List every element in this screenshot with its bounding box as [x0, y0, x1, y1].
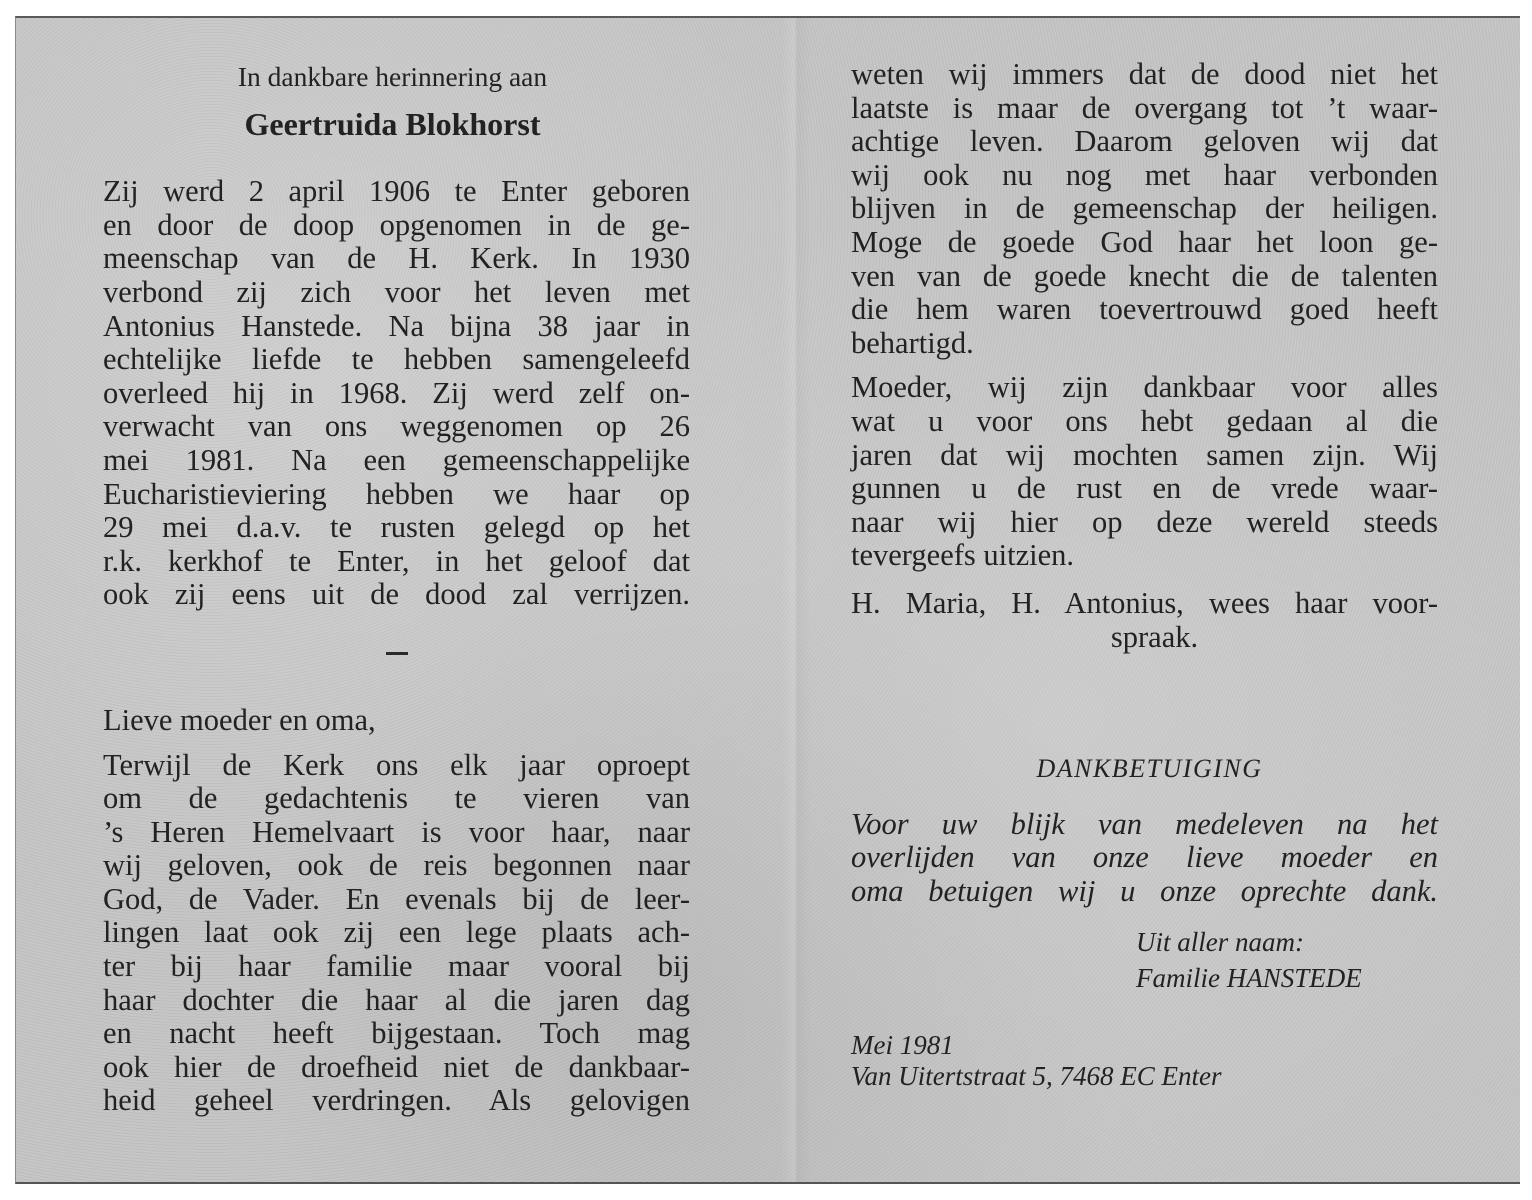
letter-salutation: Lieve moeder en oma, — [103, 704, 690, 738]
prayer-line: H. Maria, H. Antonius, wees haar voor- — [851, 587, 1438, 621]
biography-line: echtelijke liefde te hebben samengeleefd — [103, 343, 690, 377]
thanks-line: overlijden van onze lieve moeder en — [851, 841, 1438, 875]
footer-address: Van Uitertstraat 5, 7468 EC Enter — [851, 1061, 1438, 1092]
gratitude-line: wat u voor ons hebt gedaan al die — [851, 405, 1438, 439]
biography-line: Zij werd 2 april 1906 te Enter geboren — [103, 175, 690, 209]
biography-line: en door de doop opgenomen in de ge- — [103, 209, 690, 243]
letter-line: ter bij haar familie maar vooral bij — [103, 950, 690, 984]
biography-line: meenschap van de H. Kerk. In 1930 — [103, 242, 690, 276]
letter-line: ook hier de droefheid niet de dankbaar- — [103, 1051, 690, 1085]
letter-line: heid geheel verdringen. Als gelovigen — [103, 1084, 690, 1118]
gratitude-paragraph: Moeder, wij zijn dankbaar voor alles wat… — [851, 371, 1438, 573]
deceased-name: Geertruida Blokhorst — [95, 108, 690, 142]
biography: Zij werd 2 april 1906 te Enter geboren e… — [103, 175, 690, 612]
footer-date: Mei 1981 — [851, 1030, 1438, 1061]
letter-line: Terwijl de Kerk ons elk jaar oproept — [103, 749, 690, 783]
biography-line: overleed hij in 1968. Zij werd zelf on- — [103, 377, 690, 411]
biography-line: r.k. kerkhof te Enter, in het geloof dat — [103, 545, 690, 579]
letter-line: wij ook nu nog met haar verbonden — [851, 159, 1438, 193]
memorial-card: In dankbare herinnering aan Geertruida B… — [15, 16, 1520, 1184]
letter-line: blijven in de gemeenschap der heiligen. — [851, 192, 1438, 226]
letter-body: Terwijl de Kerk ons elk jaar oproept om … — [103, 749, 690, 1119]
gratitude-line: gunnen u de rust en de vrede waar- — [851, 472, 1438, 506]
letter-continued: weten wij immers dat de dood niet het la… — [851, 58, 1438, 360]
letter-line: die hem waren toevertrouwd goed heeft — [851, 293, 1438, 327]
letter-line: ’s Heren Hemelvaart is voor haar, naar — [103, 816, 690, 850]
biography-line: verbond zij zich voor het leven met — [103, 276, 690, 310]
letter-line: Moge de goede God haar het loon ge- — [851, 226, 1438, 260]
gratitude-line: Moeder, wij zijn dankbaar voor alles — [851, 371, 1438, 405]
signature-intro: Uit aller naam: — [1136, 924, 1438, 960]
letter-line: om de gedachtenis te vieren van — [103, 782, 690, 816]
letter-line: God, de Vader. En evenals bij de leer- — [103, 883, 690, 917]
biography-line: mei 1981. Na een gemeenschappelijke — [103, 444, 690, 478]
biography-line: Antonius Hanstede. Na bijna 38 jaar in — [103, 310, 690, 344]
letter-line: ven van de goede knecht die de talenten — [851, 260, 1438, 294]
thanks-title: DANKBETUIGING — [861, 752, 1438, 786]
thanks-line: Voor uw blijk van medeleven na het — [851, 808, 1438, 842]
letter-line: en nacht heeft bijgestaan. Toch mag — [103, 1017, 690, 1051]
letter-line: laatste is maar de overgang tot ’t waar- — [851, 92, 1438, 126]
gratitude-line: tevergeefs uitzien. — [851, 539, 1438, 573]
gratitude-line: naar wij hier op deze wereld steeds — [851, 506, 1438, 540]
right-panel: weten wij immers dat de dood niet het la… — [851, 58, 1438, 1092]
biography-line: Eucharistieviering hebben we haar op — [103, 478, 690, 512]
signature-name: Familie HANSTEDE — [1136, 960, 1438, 996]
letter-line: behartigd. — [851, 327, 1438, 361]
thanks-paragraph: Voor uw blijk van medeleven na het overl… — [851, 808, 1438, 909]
footer: Mei 1981 Van Uitertstraat 5, 7468 EC Ent… — [851, 1030, 1438, 1092]
memorial-intro: In dankbare herinnering aan — [95, 60, 690, 94]
section-separator — [386, 652, 408, 655]
prayer-end: spraak. — [871, 621, 1438, 655]
thanks-line: oma betuigen wij u onze oprechte dank. — [851, 875, 1438, 909]
gratitude-line: jaren dat wij mochten samen zijn. Wij — [851, 439, 1438, 473]
biography-line: 29 mei d.a.v. te rusten gelegd op het — [103, 511, 690, 545]
left-panel: In dankbare herinnering aan Geertruida B… — [103, 60, 690, 1118]
card-fold-crease — [781, 18, 811, 1182]
letter-line: achtige leven. Daarom geloven wij dat — [851, 125, 1438, 159]
biography-line: ook zij eens uit de dood zal verrijzen. — [103, 578, 690, 612]
letter-line: lingen laat ook zij een lege plaats ach- — [103, 916, 690, 950]
biography-line: verwacht van ons weggenomen op 26 — [103, 410, 690, 444]
letter-line: weten wij immers dat de dood niet het — [851, 58, 1438, 92]
letter-line: haar dochter die haar al die jaren dag — [103, 984, 690, 1018]
letter-line: wij geloven, ook de reis begonnen naar — [103, 849, 690, 883]
